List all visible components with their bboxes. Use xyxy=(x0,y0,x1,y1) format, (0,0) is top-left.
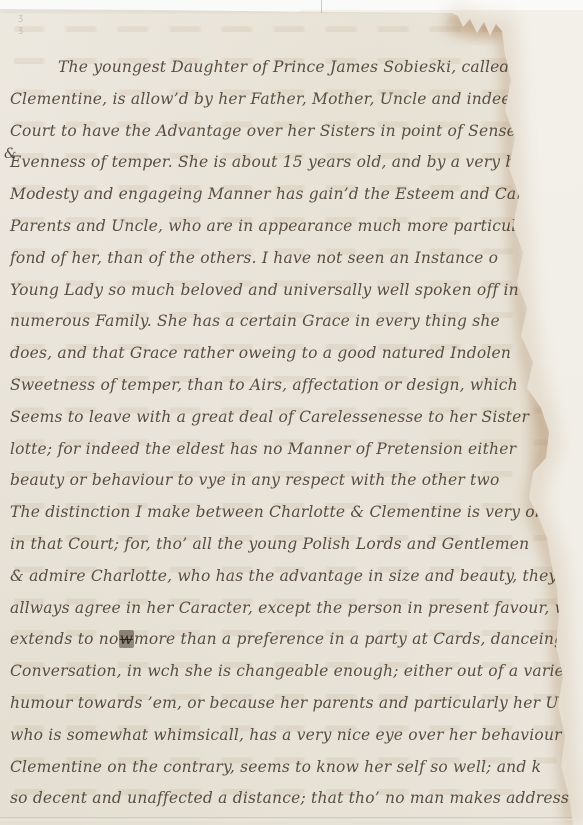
manuscript-line: so decent and unaffected a distance; tha… xyxy=(10,783,583,815)
manuscript-line: Conversation, in wch she is changeable e… xyxy=(10,656,583,688)
manuscript-line: Clementine, is allow’d by her Father, Mo… xyxy=(10,84,583,116)
manuscript-line: who is somewhat whimsicall, has a very n… xyxy=(10,720,583,752)
margin-mark: ʒ xyxy=(18,12,23,24)
margin-pencil-marks: ʒ ʒ xyxy=(18,12,23,36)
manuscript-line: allways agree in her Caracter, except th… xyxy=(10,593,583,625)
manuscript-line: Young Lady so much beloved and universal… xyxy=(10,275,583,307)
manuscript-line: Sweetness of temper, than to Airs, affec… xyxy=(10,370,583,402)
manuscript-line: Parents and Uncle, who are in appearance… xyxy=(10,211,583,243)
top-fold-crease xyxy=(321,0,322,13)
manuscript-line: extends to nowmore than a preference in … xyxy=(10,624,583,656)
manuscript-line: in that Court; for, tho’ all the young P… xyxy=(10,529,583,561)
manuscript-line: Clementine on the contrary, seems to kno… xyxy=(10,752,583,784)
manuscript-line: The distinction I make between Charlotte… xyxy=(10,497,583,529)
manuscript-scan: ʒ ʒ & The youngest Daughter of Prince Ja… xyxy=(0,0,583,825)
paper-sheet: ʒ ʒ & The youngest Daughter of Prince Ja… xyxy=(0,0,583,825)
bottom-fold-crease xyxy=(0,817,583,820)
manuscript-line: beauty or behaviour to vye in any respec… xyxy=(10,465,583,497)
manuscript-line: fond of her, than of the others. I have … xyxy=(10,243,583,275)
manuscript-line: does, and that Grace rather oweing to a … xyxy=(10,338,583,370)
manuscript-line: lotte; for indeed the eldest has no Mann… xyxy=(10,434,583,466)
margin-mark: ʒ xyxy=(18,24,23,36)
manuscript-line: humour towards ’em, or because her paren… xyxy=(10,688,583,720)
manuscript-line: numerous Family. She has a certain Grace… xyxy=(10,306,583,338)
manuscript-line: & admire Charlotte, who has the advantag… xyxy=(10,561,583,593)
manuscript-line: Modesty and engageing Manner has gain’d … xyxy=(10,179,583,211)
manuscript-line: Seems to leave with a great deal of Care… xyxy=(10,402,583,434)
manuscript-line: The youngest Daughter of Prince James So… xyxy=(10,52,583,84)
struck-out-word: w xyxy=(119,630,134,648)
manuscript-line: Court to have the Advantage over her Sis… xyxy=(10,116,583,148)
manuscript-line: Evenness of temper. She is about 15 year… xyxy=(10,147,583,179)
manuscript-text: The youngest Daughter of Prince James So… xyxy=(10,52,583,815)
